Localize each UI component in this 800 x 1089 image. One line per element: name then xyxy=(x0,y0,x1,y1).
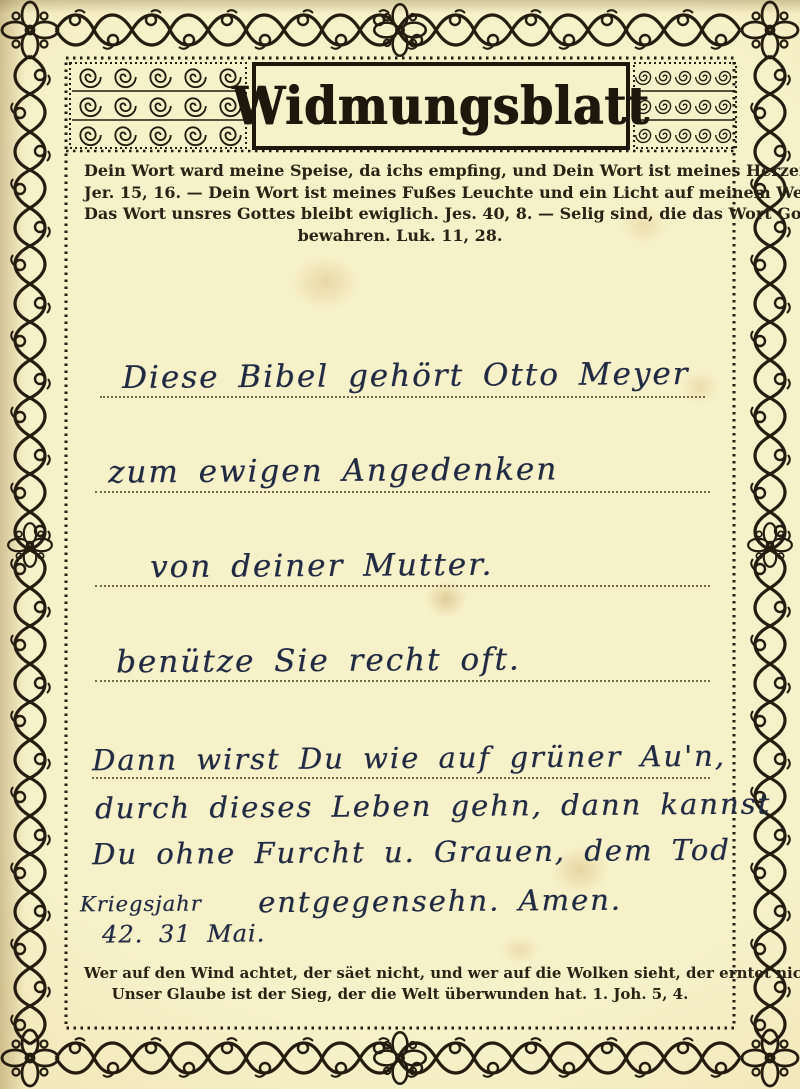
page-title: Widmungsblatt xyxy=(232,75,650,137)
scripture-line: bewahren. Luk. 11, 28. xyxy=(84,225,716,247)
writing-rule-5 xyxy=(92,777,710,779)
age-stain xyxy=(290,255,360,310)
handwriting-margin-note: Kriegsjahr xyxy=(80,892,202,917)
handwriting-verse-line: Dann wirst Du wie auf grüner Au'n, xyxy=(92,739,726,777)
footer-scripture: Wer auf den Wind achtet, der säet nicht,… xyxy=(84,963,716,1005)
handwriting-dedication-line: benütze Sie recht oft. xyxy=(116,642,521,681)
scan-edge-shadow-left xyxy=(0,0,26,1089)
handwriting-dedication-line: zum ewigen Angedenken xyxy=(108,451,558,490)
header-scripture: Dein Wort ward meine Speise, da ichs emp… xyxy=(84,160,716,246)
scripture-line: Wer auf den Wind achtet, der säet nicht,… xyxy=(84,963,716,984)
title-box: Widmungsblatt xyxy=(252,62,630,150)
scripture-line: Unser Glaube ist der Sieg, der die Welt … xyxy=(84,984,716,1005)
handwriting-verse-line: entgegensehn. Amen. xyxy=(258,883,622,920)
age-stain xyxy=(500,935,540,965)
scripture-line: Dein Wort ward meine Speise, da ichs emp… xyxy=(84,160,716,182)
handwriting-margin-date: 42. 31 Mai. xyxy=(102,919,265,948)
handwriting-verse-line: durch dieses Leben gehn, dann kannst xyxy=(95,787,771,826)
writing-rule-4 xyxy=(95,680,710,682)
writing-rule-2 xyxy=(95,491,710,493)
scripture-line: Jer. 15, 16. — Dein Wort ist meines Fuße… xyxy=(84,182,716,204)
handwriting-owner-line: Diese Bibel gehört Otto Meyer xyxy=(122,356,690,396)
scripture-line: Das Wort unsres Gottes bleibt ewiglich. … xyxy=(84,203,716,225)
writing-rule-3 xyxy=(95,585,710,587)
spiral-panel-left xyxy=(70,63,246,148)
handwriting-verse-line: Du ohne Furcht u. Grauen, dem Tod xyxy=(92,833,731,871)
writing-rule-1 xyxy=(100,396,705,398)
handwriting-dedication-line: von deiner Mutter. xyxy=(150,547,494,585)
scan-edge-shadow-top xyxy=(0,0,800,14)
widmungsblatt-page: Widmungsblatt Dein Wort ward meine Speis… xyxy=(0,0,800,1089)
